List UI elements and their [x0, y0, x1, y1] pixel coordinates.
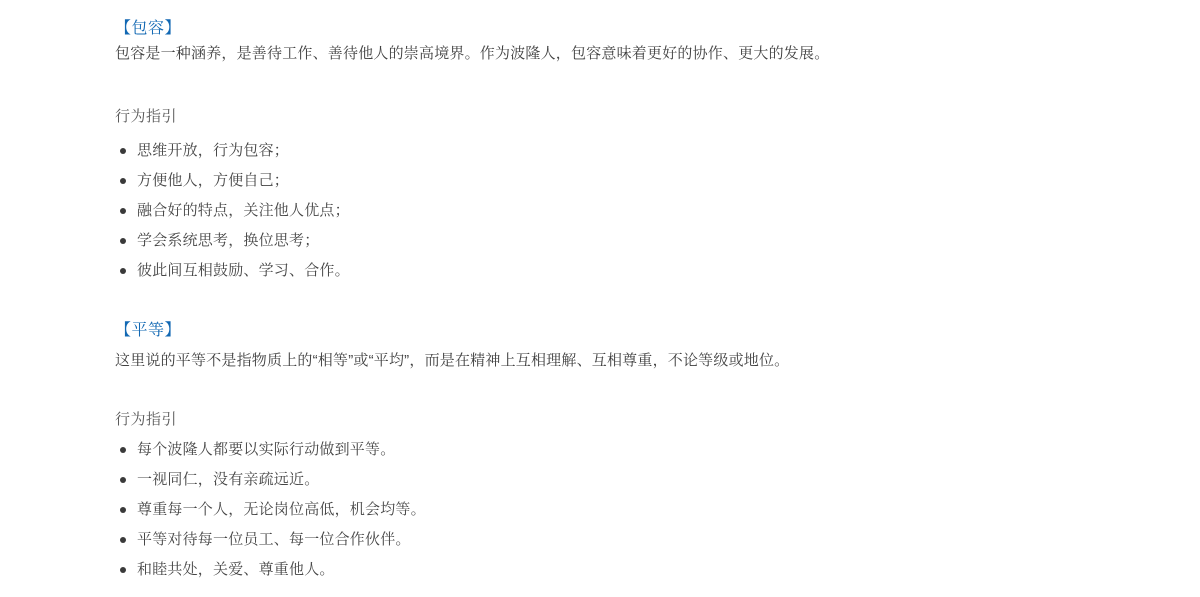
section-inclusion: 【包容】 包容是一种涵养，是善待工作、善待他人的崇高境界。作为波隆人，包容意味着…	[115, 18, 1140, 286]
bullet-dot-icon	[120, 148, 126, 154]
bullet-text: 彼此间互相鼓励、学习、合作。	[137, 256, 350, 286]
bullet-item: 方便他人，方便自己；	[115, 166, 1140, 196]
bullet-dot-icon	[120, 268, 126, 274]
bullet-text: 一视同仁，没有亲疏远近。	[137, 465, 319, 495]
bullet-item: 思维开放，行为包容；	[115, 136, 1140, 166]
bullet-text: 每个波隆人都要以实际行动做到平等。	[137, 435, 395, 465]
bullet-dot-icon	[120, 238, 126, 244]
section-title: 【平等】	[115, 320, 1140, 342]
guide-label: 行为指引	[115, 409, 1140, 431]
bullet-item: 学会系统思考，换位思考；	[115, 226, 1140, 256]
bullet-item: 一视同仁，没有亲疏远近。	[115, 465, 1140, 495]
bullet-text: 融合好的特点，关注他人优点；	[137, 196, 350, 226]
bullet-dot-icon	[120, 447, 126, 453]
bullet-item: 平等对待每一位员工、每一位合作伙伴。	[115, 525, 1140, 555]
section-description: 这里说的平等不是指物质上的“相等”或“平均”，而是在精神上互相理解、互相尊重，不…	[115, 350, 1140, 372]
bullet-item: 彼此间互相鼓励、学习、合作。	[115, 256, 1140, 286]
section-equality: 【平等】 这里说的平等不是指物质上的“相等”或“平均”，而是在精神上互相理解、互…	[115, 320, 1140, 585]
guide-label: 行为指引	[115, 106, 1140, 128]
bullet-text: 学会系统思考，换位思考；	[137, 226, 319, 256]
bullet-dot-icon	[120, 178, 126, 184]
bullet-item: 每个波隆人都要以实际行动做到平等。	[115, 435, 1140, 465]
bullet-list: 思维开放，行为包容； 方便他人，方便自己； 融合好的特点，关注他人优点； 学会系…	[115, 136, 1140, 286]
bullet-list: 每个波隆人都要以实际行动做到平等。 一视同仁，没有亲疏远近。 尊重每一个人，无论…	[115, 435, 1140, 585]
bullet-dot-icon	[120, 208, 126, 214]
bullet-text: 平等对待每一位员工、每一位合作伙伴。	[137, 525, 411, 555]
values-page: 【包容】 包容是一种涵养，是善待工作、善待他人的崇高境界。作为波隆人，包容意味着…	[0, 0, 1200, 597]
bullet-text: 和睦共处，关爱、尊重他人。	[137, 555, 335, 585]
bullet-text: 思维开放，行为包容；	[137, 136, 289, 166]
bullet-text: 方便他人，方便自己；	[137, 166, 289, 196]
bullet-dot-icon	[120, 567, 126, 573]
bullet-dot-icon	[120, 537, 126, 543]
bullet-dot-icon	[120, 477, 126, 483]
bullet-item: 和睦共处，关爱、尊重他人。	[115, 555, 1140, 585]
bullet-item: 尊重每一个人，无论岗位高低，机会均等。	[115, 495, 1140, 525]
bullet-dot-icon	[120, 507, 126, 513]
section-title: 【包容】	[115, 18, 1140, 40]
section-description: 包容是一种涵养，是善待工作、善待他人的崇高境界。作为波隆人，包容意味着更好的协作…	[115, 43, 1140, 65]
bullet-item: 融合好的特点，关注他人优点；	[115, 196, 1140, 226]
bullet-text: 尊重每一个人，无论岗位高低，机会均等。	[137, 495, 426, 525]
